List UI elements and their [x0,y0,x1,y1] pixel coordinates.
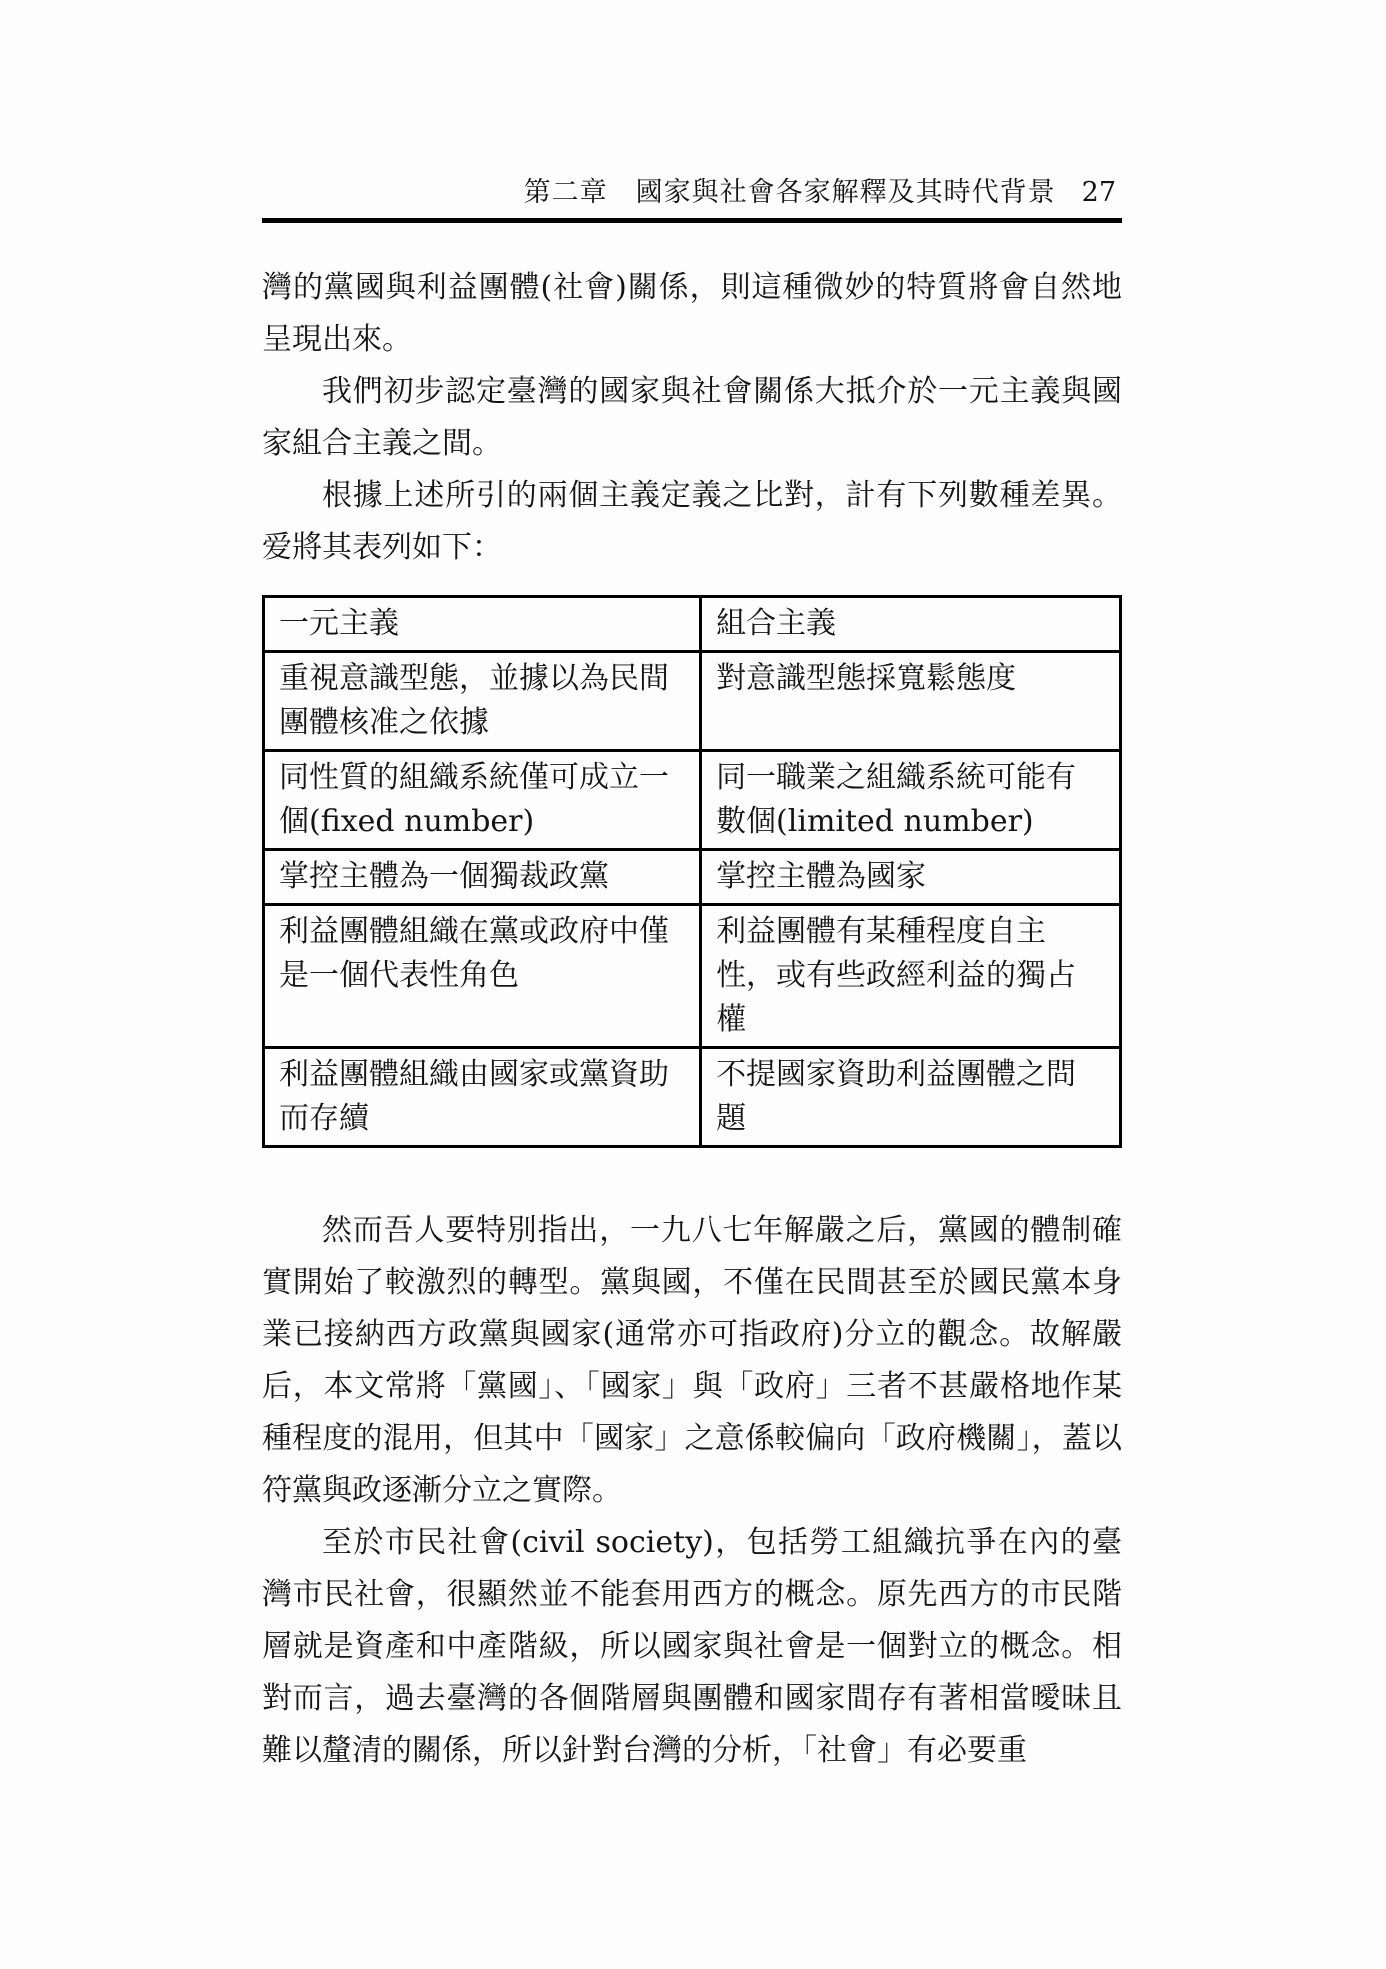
header-rule [262,218,1122,223]
table-cell: 掌控主體為一個獨裁政黨 [264,850,701,905]
table-row-funding: 利益團體組織由國家或黨資助而存續 不提國家資助利益團體之問題 [264,1048,1121,1147]
table-cell: 不提國家資助利益團體之問題 [701,1048,1121,1147]
table-header-corporatism: 組合主義 [701,597,1121,652]
table-row-ideology: 重視意識型態，並據以為民間團體核准之依據 對意識型態採寬鬆態度 [264,652,1121,751]
table-row-organization-count: 同性質的組織系統僅可成立一個(fixed number) 同一職業之組織系統可能… [264,751,1121,850]
table-cell: 利益團體組織在黨或政府中僅是一個代表性角色 [264,905,701,1048]
paragraph-3: 根據上述所引的兩個主義定義之比對，計有下列數種差異。爱將其表列如下： [262,470,1122,574]
document-page: 第二章 國家與社會各家解釋及其時代背景27 灣的黨國與利益團體(社會)關係，則這… [0,0,1386,1969]
paragraph-4: 然而吾人要特別指出，一九八七年解嚴之后，黨國的體制確實開始了較激烈的轉型。黨與國… [262,1205,1122,1517]
paragraph-2: 我們初步認定臺灣的國家與社會關係大抵介於一元主義與國家組合主義之間。 [262,366,1122,470]
comparison-table: 一元主義 組合主義 重視意識型態，並據以為民間團體核准之依據 對意識型態採寬鬆態… [262,595,1122,1148]
table-header-monism: 一元主義 [264,597,701,652]
paragraph-5: 至於市民社會(civil society)，包括勞工組織抗爭在內的臺灣市民社會，… [262,1517,1122,1777]
body-text: 灣的黨國與利益團體(社會)關係，則這種微妙的特質將會自然地呈現出來。 我們初步認… [262,262,1122,1777]
table-header-row: 一元主義 組合主義 [264,597,1121,652]
page-number: 27 [1082,177,1116,208]
table-cell: 重視意識型態，並據以為民間團體核准之依據 [264,652,701,751]
table-cell: 同一職業之組織系統可能有數個(limited number) [701,751,1121,850]
table-cell: 掌控主體為國家 [701,850,1121,905]
table-cell: 利益團體有某種程度自主性，或有些政經利益的獨占權 [701,905,1121,1048]
table-row-controlling-body: 掌控主體為一個獨裁政黨 掌控主體為國家 [264,850,1121,905]
page-header: 第二章 國家與社會各家解釋及其時代背景27 [524,170,1116,209]
table-cell: 同性質的組織系統僅可成立一個(fixed number) [264,751,701,850]
chapter-title: 第二章 國家與社會各家解釋及其時代背景 [524,177,1056,208]
table-cell: 對意識型態採寬鬆態度 [701,652,1121,751]
table-cell: 利益團體組織由國家或黨資助而存續 [264,1048,701,1147]
table-row-interest-group-role: 利益團體組織在黨或政府中僅是一個代表性角色 利益團體有某種程度自主性，或有些政經… [264,905,1121,1048]
paragraph-continuation: 灣的黨國與利益團體(社會)關係，則這種微妙的特質將會自然地呈現出來。 [262,262,1122,366]
